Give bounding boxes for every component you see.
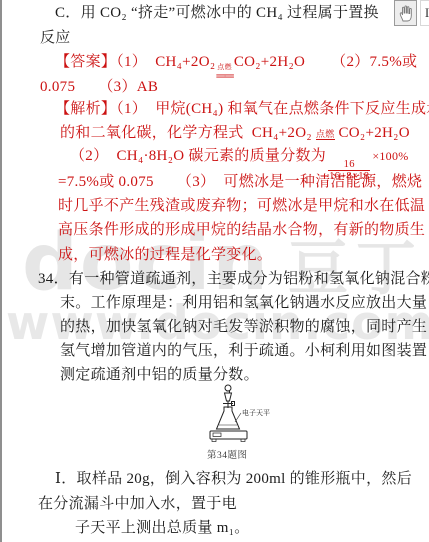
electronic-balance-label: 电子天平 — [242, 408, 270, 418]
step1-line2: 在分流漏斗中加入水，置于电 — [38, 494, 237, 514]
analysis-equation-line: 的和二氧化碳，化学方程式 CH₄+2O₂点燃CO₂+2H₂O — [60, 123, 410, 144]
step1-line3: 子天平上测出总质量 m₁。 — [75, 518, 250, 538]
question34-line1: 34．有一种管道疏通剂，主要成分为铝粉和氢氧化钠混合粉 — [38, 269, 429, 289]
step1-line1: Ⅰ．取样品 20g，倒入容积为 200ml 的锥形瓶中，然后 — [55, 469, 412, 489]
analysis-line3: =7.5%或 0.075 （3） 可燃冰是一种清洁能源，燃烧 — [58, 172, 422, 192]
answer-products: CO₂+2H₂O — [234, 54, 305, 70]
question34-line2: 末。工作原理是：利用铝和氢氧化钠遇水反应放出大量 — [60, 293, 427, 313]
question34-line5: 测定疏通剂中铝的质量分数。 — [60, 365, 259, 385]
text-select-tool-button[interactable]: I — [420, 0, 429, 26]
figure-caption: 第34题图 — [207, 447, 248, 461]
analysis-line5: 高压条件形成的形成甲烷的结晶水合物，有新的物质生 — [58, 220, 425, 240]
fraction-suffix: ×100% — [372, 149, 408, 163]
page-left-border — [0, 0, 2, 542]
ibeam-cursor-icon: I — [425, 5, 429, 21]
analysis-line4: 时几乎不产生残渣或废弃物；可燃冰是甲烷和水在低温 — [58, 196, 425, 216]
text-line-choiceC: C．用 CO₂ “挤走”可燃冰中的 CH₄ 过程属于置换 — [55, 3, 379, 23]
apparatus-figure: 电子天平 — [198, 384, 278, 446]
fraction-numerator: 16 — [344, 159, 355, 170]
analysis-line6: 成，可燃冰的过程是化学变化。 — [58, 245, 272, 265]
ignite-condition-over-equals: 点燃══ — [216, 64, 232, 80]
hand-icon — [399, 5, 413, 22]
hand-tool-button[interactable] — [394, 0, 417, 26]
double-equals: ══ — [216, 71, 232, 80]
eq2-prefix: 的和二氧化碳，化学方程式 CH₄+2O₂ — [60, 125, 312, 141]
text-line-fanying: 反应 — [40, 28, 71, 48]
funnel-stopper — [225, 385, 231, 391]
eq2-products: CO₂+2H₂O — [339, 125, 410, 141]
fraction-prefix: （2） CH₄·8H₂O 碳元素的质量分数为 — [70, 148, 326, 164]
document-viewer: docin豆丁 www.docin.com C．用 CO₂ “挤走”可燃冰中的 … — [0, 0, 429, 542]
answer-prefix: 【答案】（1） CH₄+2O₂ — [55, 54, 215, 70]
question34-line4: 氢气增加管道内的气压，利于疏通。小柯利用如图装置 — [60, 341, 427, 361]
question34-line3: 的热，加快氢氧化钠对毛发等淤积物的腐蚀，同时产生 — [60, 317, 427, 337]
answer-line2: 0.075 （3）AB — [40, 77, 158, 97]
answer-part2: （2）7.5%或 — [331, 54, 417, 70]
answer-line: 【答案】（1） CH₄+2O₂点燃══CO₂+2H₂O（2）7.5%或 — [55, 52, 417, 80]
ignite-condition-underlined: 点燃 — [316, 129, 335, 140]
analysis-line1: 【解析】（1） 甲烷(CH₄) 和氧气在点燃条件下反应生成水 — [55, 99, 429, 119]
